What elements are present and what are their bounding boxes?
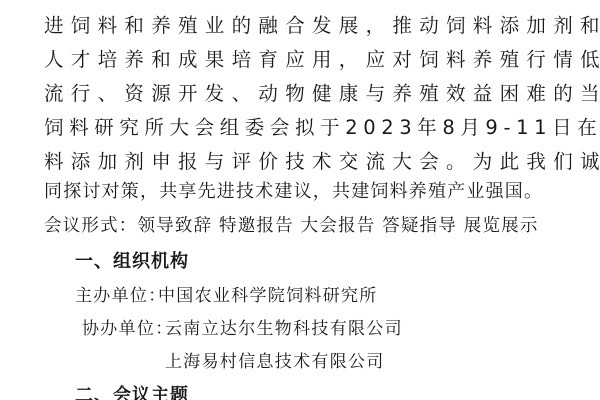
paragraph-line-2: 人才培养和成果培育应用，应对饲料养殖行情低迷、饲料厂商减少、疾病: [44, 48, 600, 72]
paragraph-line-1: 进饲料和养殖业的融合发展，推动饲料添加剂和兽药行业科技创新、杰出: [44, 14, 600, 38]
meeting-format: 会议形式：领导致辞 特邀报告 大会报告 答疑指导 展览展示: [44, 214, 539, 238]
host-label: 主办单位：: [75, 284, 167, 308]
paragraph-line-5: 料添加剂申报与评价技术交流大会。为此我们诚挚邀请您参加大会，共: [44, 150, 600, 174]
section-heading-theme: 二、会议主题: [75, 384, 189, 400]
paragraph-line-4: 饲料研究所大会组委会拟于2023年8月9-11日在云南昆明市举办新饲: [44, 116, 600, 140]
paragraph-line-3: 流行、资源开发、动物健康与养殖效益困难的当前危机，中国农业科学院: [44, 82, 600, 106]
paragraph-line-6: 同探讨对策，共享先进技术建议，共建饲料养殖产业强国。: [44, 180, 543, 204]
co-host-label: 协办单位：: [82, 317, 174, 341]
co-host-2: 上海易村信息技术有限公司: [165, 350, 385, 374]
host-value: 中国农业科学院饲料研究所: [158, 284, 378, 308]
co-host-1: 云南立达尔生物科技有限公司: [165, 317, 403, 341]
section-heading-organization: 一、组织机构: [75, 250, 189, 274]
